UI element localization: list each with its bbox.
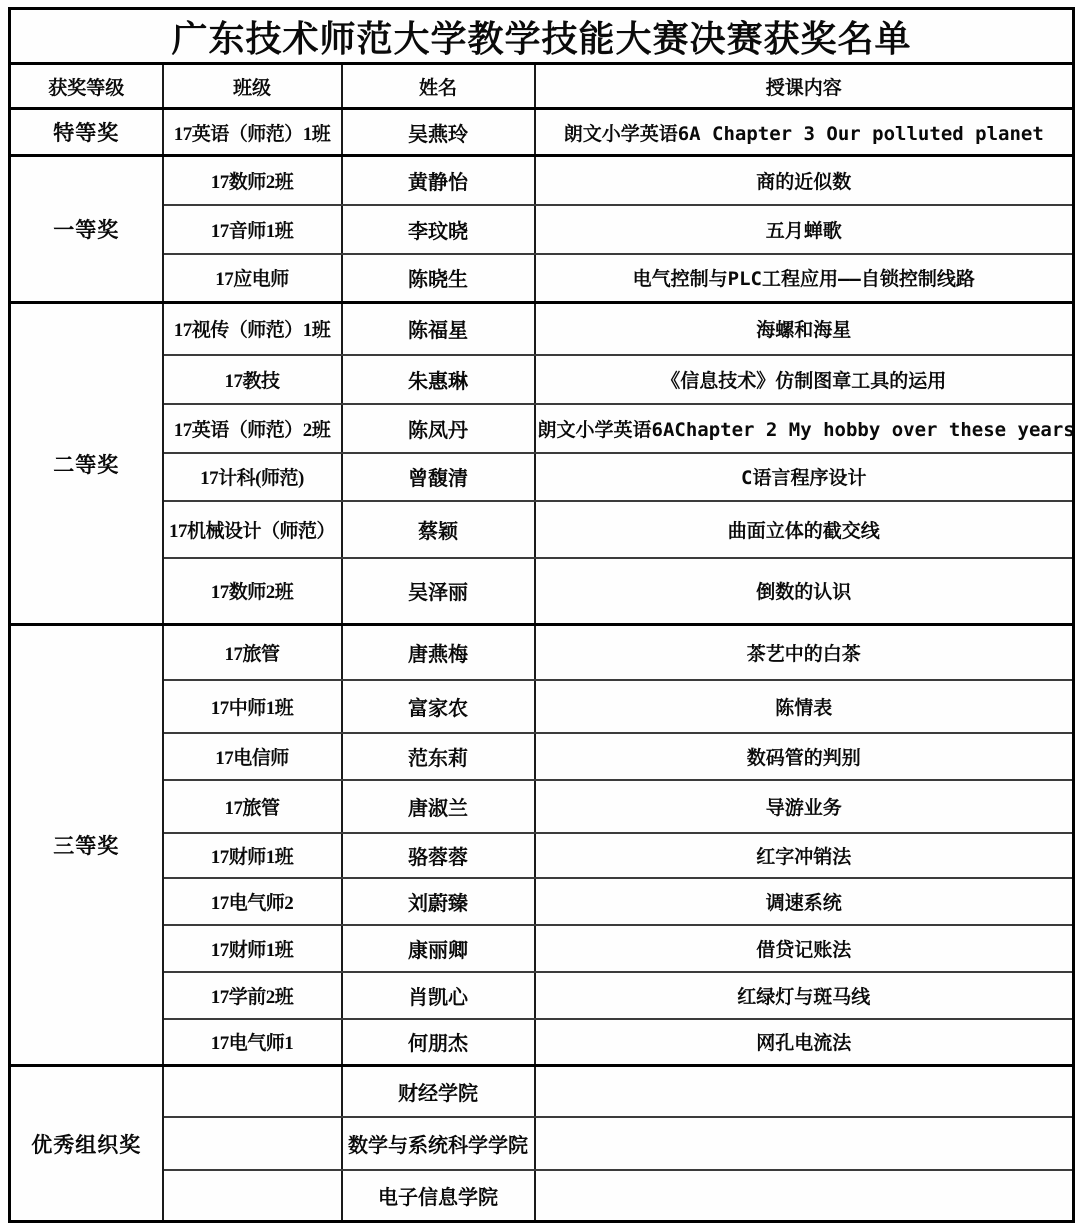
table-row: 特等奖17英语（师范）1班吴燕玲朗文小学英语6A Chapter 3 Our p… (10, 109, 1074, 156)
class-cell: 17机械设计（师范） (163, 501, 342, 558)
table-row: 17旅管唐淑兰导游业务 (10, 780, 1074, 833)
header-class: 班级 (163, 64, 342, 109)
table-row: 三等奖17旅管唐燕梅茶艺中的白茶 (10, 625, 1074, 680)
class-cell: 17音师1班 (163, 205, 342, 254)
course-content-cell (535, 1117, 1074, 1170)
class-cell: 17电信师 (163, 733, 342, 780)
name-cell: 唐淑兰 (342, 780, 535, 833)
table-row: 17财师1班骆蓉蓉红字冲销法 (10, 833, 1074, 878)
class-cell: 17电气师2 (163, 878, 342, 925)
table-row: 17学前2班肖凯心红绿灯与斑马线 (10, 972, 1074, 1019)
course-content-cell: 红字冲销法 (535, 833, 1074, 878)
table-row: 二等奖17视传（师范）1班陈福星海螺和海星 (10, 303, 1074, 355)
course-content-cell: 茶艺中的白茶 (535, 625, 1074, 680)
course-content-cell: 《信息技术》仿制图章工具的运用 (535, 355, 1074, 404)
name-cell: 陈晓生 (342, 254, 535, 303)
name-cell: 刘蔚臻 (342, 878, 535, 925)
table-row: 数学与系统科学学院 (10, 1117, 1074, 1170)
table-row: 17中师1班富家农陈情表 (10, 680, 1074, 733)
name-cell: 吴泽丽 (342, 558, 535, 625)
award-list-page: 广东技术师范大学教学技能大赛决赛获奖名单 获奖等级 班级 姓名 授课内容 特等奖… (0, 0, 1080, 1218)
course-content-cell: 陈情表 (535, 680, 1074, 733)
header-course-content: 授课内容 (535, 64, 1074, 109)
course-content-cell: 倒数的认识 (535, 558, 1074, 625)
name-cell: 唐燕梅 (342, 625, 535, 680)
course-content-cell (535, 1170, 1074, 1222)
name-cell: 康丽卿 (342, 925, 535, 972)
course-content-cell: 导游业务 (535, 780, 1074, 833)
table-row: 17音师1班李玟晓五月蝉歌 (10, 205, 1074, 254)
header-award-level: 获奖等级 (10, 64, 163, 109)
table-row: 17财师1班康丽卿借贷记账法 (10, 925, 1074, 972)
name-cell: 范东莉 (342, 733, 535, 780)
award-level-cell: 三等奖 (10, 625, 163, 1066)
course-content-cell: 数码管的判别 (535, 733, 1074, 780)
name-cell: 电子信息学院 (342, 1170, 535, 1222)
table-row: 17英语（师范）2班陈凤丹朗文小学英语6AChapter 2 My hobby … (10, 404, 1074, 453)
table-row: 17电信师范东莉数码管的判别 (10, 733, 1074, 780)
class-cell: 17旅管 (163, 625, 342, 680)
table-row: 电子信息学院 (10, 1170, 1074, 1222)
course-content-cell: 朗文小学英语6A Chapter 3 Our polluted planet (535, 109, 1074, 156)
table-row: 17教技朱惠琳《信息技术》仿制图章工具的运用 (10, 355, 1074, 404)
class-cell: 17旅管 (163, 780, 342, 833)
course-content-cell: 曲面立体的截交线 (535, 501, 1074, 558)
class-cell (163, 1170, 342, 1222)
class-cell: 17中师1班 (163, 680, 342, 733)
class-cell (163, 1117, 342, 1170)
table-row: 17应电师陈晓生电气控制与PLC工程应用——自锁控制线路 (10, 254, 1074, 303)
name-cell: 蔡颖 (342, 501, 535, 558)
class-cell: 17视传（师范）1班 (163, 303, 342, 355)
class-cell: 17数师2班 (163, 558, 342, 625)
class-cell: 17数师2班 (163, 156, 342, 205)
class-cell: 17学前2班 (163, 972, 342, 1019)
course-content-cell: 借贷记账法 (535, 925, 1074, 972)
name-cell: 曾馥清 (342, 453, 535, 501)
course-content-cell: 电气控制与PLC工程应用——自锁控制线路 (535, 254, 1074, 303)
header-row: 获奖等级 班级 姓名 授课内容 (10, 64, 1074, 109)
award-level-cell: 二等奖 (10, 303, 163, 625)
course-content-cell: 网孔电流法 (535, 1019, 1074, 1066)
table-row: 17计科(师范)曾馥清C语言程序设计 (10, 453, 1074, 501)
name-cell: 财经学院 (342, 1066, 535, 1117)
class-cell: 17电气师1 (163, 1019, 342, 1066)
table-row: 17机械设计（师范）蔡颖曲面立体的截交线 (10, 501, 1074, 558)
class-cell: 17财师1班 (163, 833, 342, 878)
class-cell: 17英语（师范）1班 (163, 109, 342, 156)
class-cell: 17计科(师范) (163, 453, 342, 501)
name-cell: 陈福星 (342, 303, 535, 355)
header-name: 姓名 (342, 64, 535, 109)
table-row: 17电气师1何朋杰网孔电流法 (10, 1019, 1074, 1066)
name-cell: 陈凤丹 (342, 404, 535, 453)
table-row: 17电气师2刘蔚臻调速系统 (10, 878, 1074, 925)
award-level-cell: 优秀组织奖 (10, 1066, 163, 1222)
course-content-cell: 红绿灯与斑马线 (535, 972, 1074, 1019)
page-title: 广东技术师范大学教学技能大赛决赛获奖名单 (10, 9, 1074, 64)
name-cell: 黄静怡 (342, 156, 535, 205)
class-cell: 17英语（师范）2班 (163, 404, 342, 453)
class-cell (163, 1066, 342, 1117)
course-content-cell: 调速系统 (535, 878, 1074, 925)
class-cell: 17财师1班 (163, 925, 342, 972)
course-content-cell: C语言程序设计 (535, 453, 1074, 501)
table-row: 17数师2班吴泽丽倒数的认识 (10, 558, 1074, 625)
award-table: 广东技术师范大学教学技能大赛决赛获奖名单 获奖等级 班级 姓名 授课内容 特等奖… (8, 7, 1075, 1223)
course-content-cell: 五月蝉歌 (535, 205, 1074, 254)
table-row: 一等奖17数师2班黄静怡商的近似数 (10, 156, 1074, 205)
name-cell: 朱惠琳 (342, 355, 535, 404)
course-content-cell (535, 1066, 1074, 1117)
name-cell: 骆蓉蓉 (342, 833, 535, 878)
name-cell: 富家农 (342, 680, 535, 733)
name-cell: 肖凯心 (342, 972, 535, 1019)
class-cell: 17应电师 (163, 254, 342, 303)
name-cell: 数学与系统科学学院 (342, 1117, 535, 1170)
name-cell: 何朋杰 (342, 1019, 535, 1066)
name-cell: 吴燕玲 (342, 109, 535, 156)
award-level-cell: 特等奖 (10, 109, 163, 156)
course-content-cell: 朗文小学英语6AChapter 2 My hobby over these ye… (535, 404, 1074, 453)
table-row: 优秀组织奖财经学院 (10, 1066, 1074, 1117)
title-row: 广东技术师范大学教学技能大赛决赛获奖名单 (10, 9, 1074, 64)
name-cell: 李玟晓 (342, 205, 535, 254)
award-table-body: 特等奖17英语（师范）1班吴燕玲朗文小学英语6A Chapter 3 Our p… (10, 109, 1074, 1222)
class-cell: 17教技 (163, 355, 342, 404)
course-content-cell: 海螺和海星 (535, 303, 1074, 355)
course-content-cell: 商的近似数 (535, 156, 1074, 205)
award-level-cell: 一等奖 (10, 156, 163, 303)
